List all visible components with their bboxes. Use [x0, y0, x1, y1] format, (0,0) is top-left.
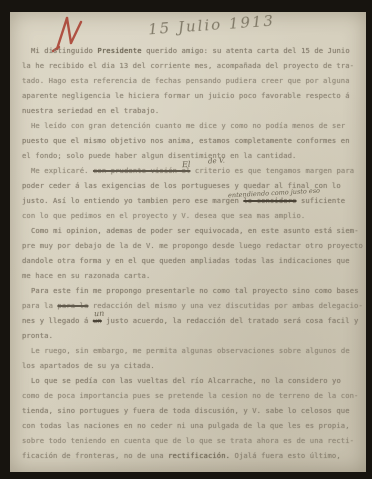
typed-text: Mi distinguido [31, 46, 97, 55]
typed-text: rectificación. [168, 451, 230, 460]
text-line: me hace en su razonada carta. [22, 271, 362, 286]
text-line: puesto que el mismo objetivo nos anima, … [22, 136, 362, 151]
typed-text: criterio es que tengamos margen para [190, 166, 354, 175]
typed-text: aparente negligencia le hiciera formar u… [22, 91, 350, 100]
paper: 15 Julio 1913 Mi distinguido Presidente … [10, 12, 366, 472]
typed-text: tienda, sino portugues y fuera de toda d… [22, 406, 350, 415]
typed-text: He leído con gran detención cuanto me di… [31, 121, 345, 130]
typed-text: para la [22, 301, 57, 310]
text-line: sobre todo teniendo en cuenta que de lo … [22, 436, 362, 451]
typed-text: ficación de fronteras, no de una [22, 451, 168, 460]
typed-text: sobre todo teniendo en cuenta que de lo … [22, 436, 354, 445]
text-line: ficación de fronteras, no de una rectifi… [22, 451, 362, 466]
typed-text: pre muy por debajo de la de V. me propon… [22, 241, 363, 250]
typed-text: justo acuerdo, la redacción del tratado … [102, 316, 359, 325]
typed-text: Para este fin me propongo presentarle no… [31, 286, 359, 295]
typed-text: suficiente [297, 196, 346, 205]
typed-text: Presidente [97, 46, 141, 55]
typed-text: Como mi opinion, ademas de poder ser equ… [31, 226, 359, 235]
text-line: el fondo; solo puede haber algun disenti… [22, 151, 362, 166]
typed-text: Ojalá fuera esto último, [230, 451, 341, 460]
text-line: con todas las naciones en no ceder ni un… [22, 421, 362, 436]
handwritten-insertion: de V. [208, 157, 225, 166]
text-line: pronta. [22, 331, 362, 346]
text-line: nuestra seriedad en el trabajo. [22, 106, 362, 121]
typed-text: tado. Hago esta referencia de fechas pen… [22, 76, 350, 85]
text-line: He leído con gran detención cuanto me di… [22, 121, 362, 136]
typed-text: con todas las naciones en no ceder ni un… [22, 421, 350, 430]
text-line: aparente negligencia le hiciera formar u… [22, 91, 362, 106]
typed-text: con lo que pedimos en el proyecto y V. d… [22, 211, 305, 220]
typed-text: nes y llegado á [22, 316, 93, 325]
text-line: Como mi opinion, ademas de poder ser equ… [22, 226, 362, 241]
text-line: para la para la redacción del mismo y un… [22, 301, 362, 316]
typed-text: justo. Así lo entiendo yo tambien pero e… [22, 196, 243, 205]
typed-text: querido amigo: su atenta carta del 15 de… [142, 46, 350, 55]
typed-text: pronta. [22, 331, 53, 340]
text-line: tado. Hago esta referencia de fechas pen… [22, 76, 362, 91]
typed-text: el fondo; solo puede haber algun disenti… [22, 151, 297, 160]
text-line: Para este fin me propongo presentarle no… [22, 286, 362, 301]
text-line: dandole otra forma y en el que queden am… [22, 256, 362, 271]
text-line: con lo que pedimos en el proyecto y V. d… [22, 211, 362, 226]
typed-text: Me explicaré. [31, 166, 93, 175]
typed-text: me hace en su razonada carta. [22, 271, 150, 280]
text-line: Me explicaré. con prudente visión el cri… [22, 166, 362, 181]
text-line: los apartados de su ya citada. [22, 361, 362, 376]
handwritten-insertion: un [94, 309, 105, 319]
text-line: pre muy por debajo de la de V. me propon… [22, 241, 362, 256]
typed-text: dandole otra forma y en el que queden am… [22, 256, 350, 265]
text-line: Le ruego, sin embargo, me permita alguna… [22, 346, 362, 361]
text-line: Mi distinguido Presidente querido amigo:… [22, 46, 362, 61]
text-line: la he recibido el dia 13 del corriente m… [22, 61, 362, 76]
text-line: justo. Así lo entiendo yo tambien pero e… [22, 196, 362, 211]
typed-text: Lo que se pedía con las vueltas del río … [31, 376, 341, 385]
typed-text: la he recibido el dia 13 del corriente m… [22, 61, 354, 70]
typed-text: redacción del mismo y una vez discutidas… [88, 301, 363, 310]
letter-body: Mi distinguido Presidente querido amigo:… [22, 46, 362, 466]
text-line: Lo que se pedía con las vueltas del río … [22, 376, 362, 391]
typed-text: Le ruego, sin embargo, me permita alguna… [31, 346, 350, 355]
text-line: nes y llegado á un justo acuerdo, la red… [22, 316, 362, 331]
typed-text: como de poca importancia pues se pretend… [22, 391, 358, 400]
text-line: tienda, sino portugues y fuera de toda d… [22, 406, 362, 421]
text-line: como de poca importancia pues se pretend… [22, 391, 362, 406]
handwritten-insertion: El [182, 160, 191, 169]
struck-text: para la [57, 301, 88, 310]
scan: 15 Julio 1913 Mi distinguido Presidente … [0, 0, 372, 479]
struck-text: con prudente visión el [93, 166, 190, 175]
typed-text: los apartados de su ya citada. [22, 361, 155, 370]
handwritten-date: 15 Julio 1913 [148, 12, 276, 39]
typed-text: puesto que el mismo objetivo nos anima, … [22, 136, 350, 145]
typed-text: nuestra seriedad en el trabajo. [22, 106, 159, 115]
